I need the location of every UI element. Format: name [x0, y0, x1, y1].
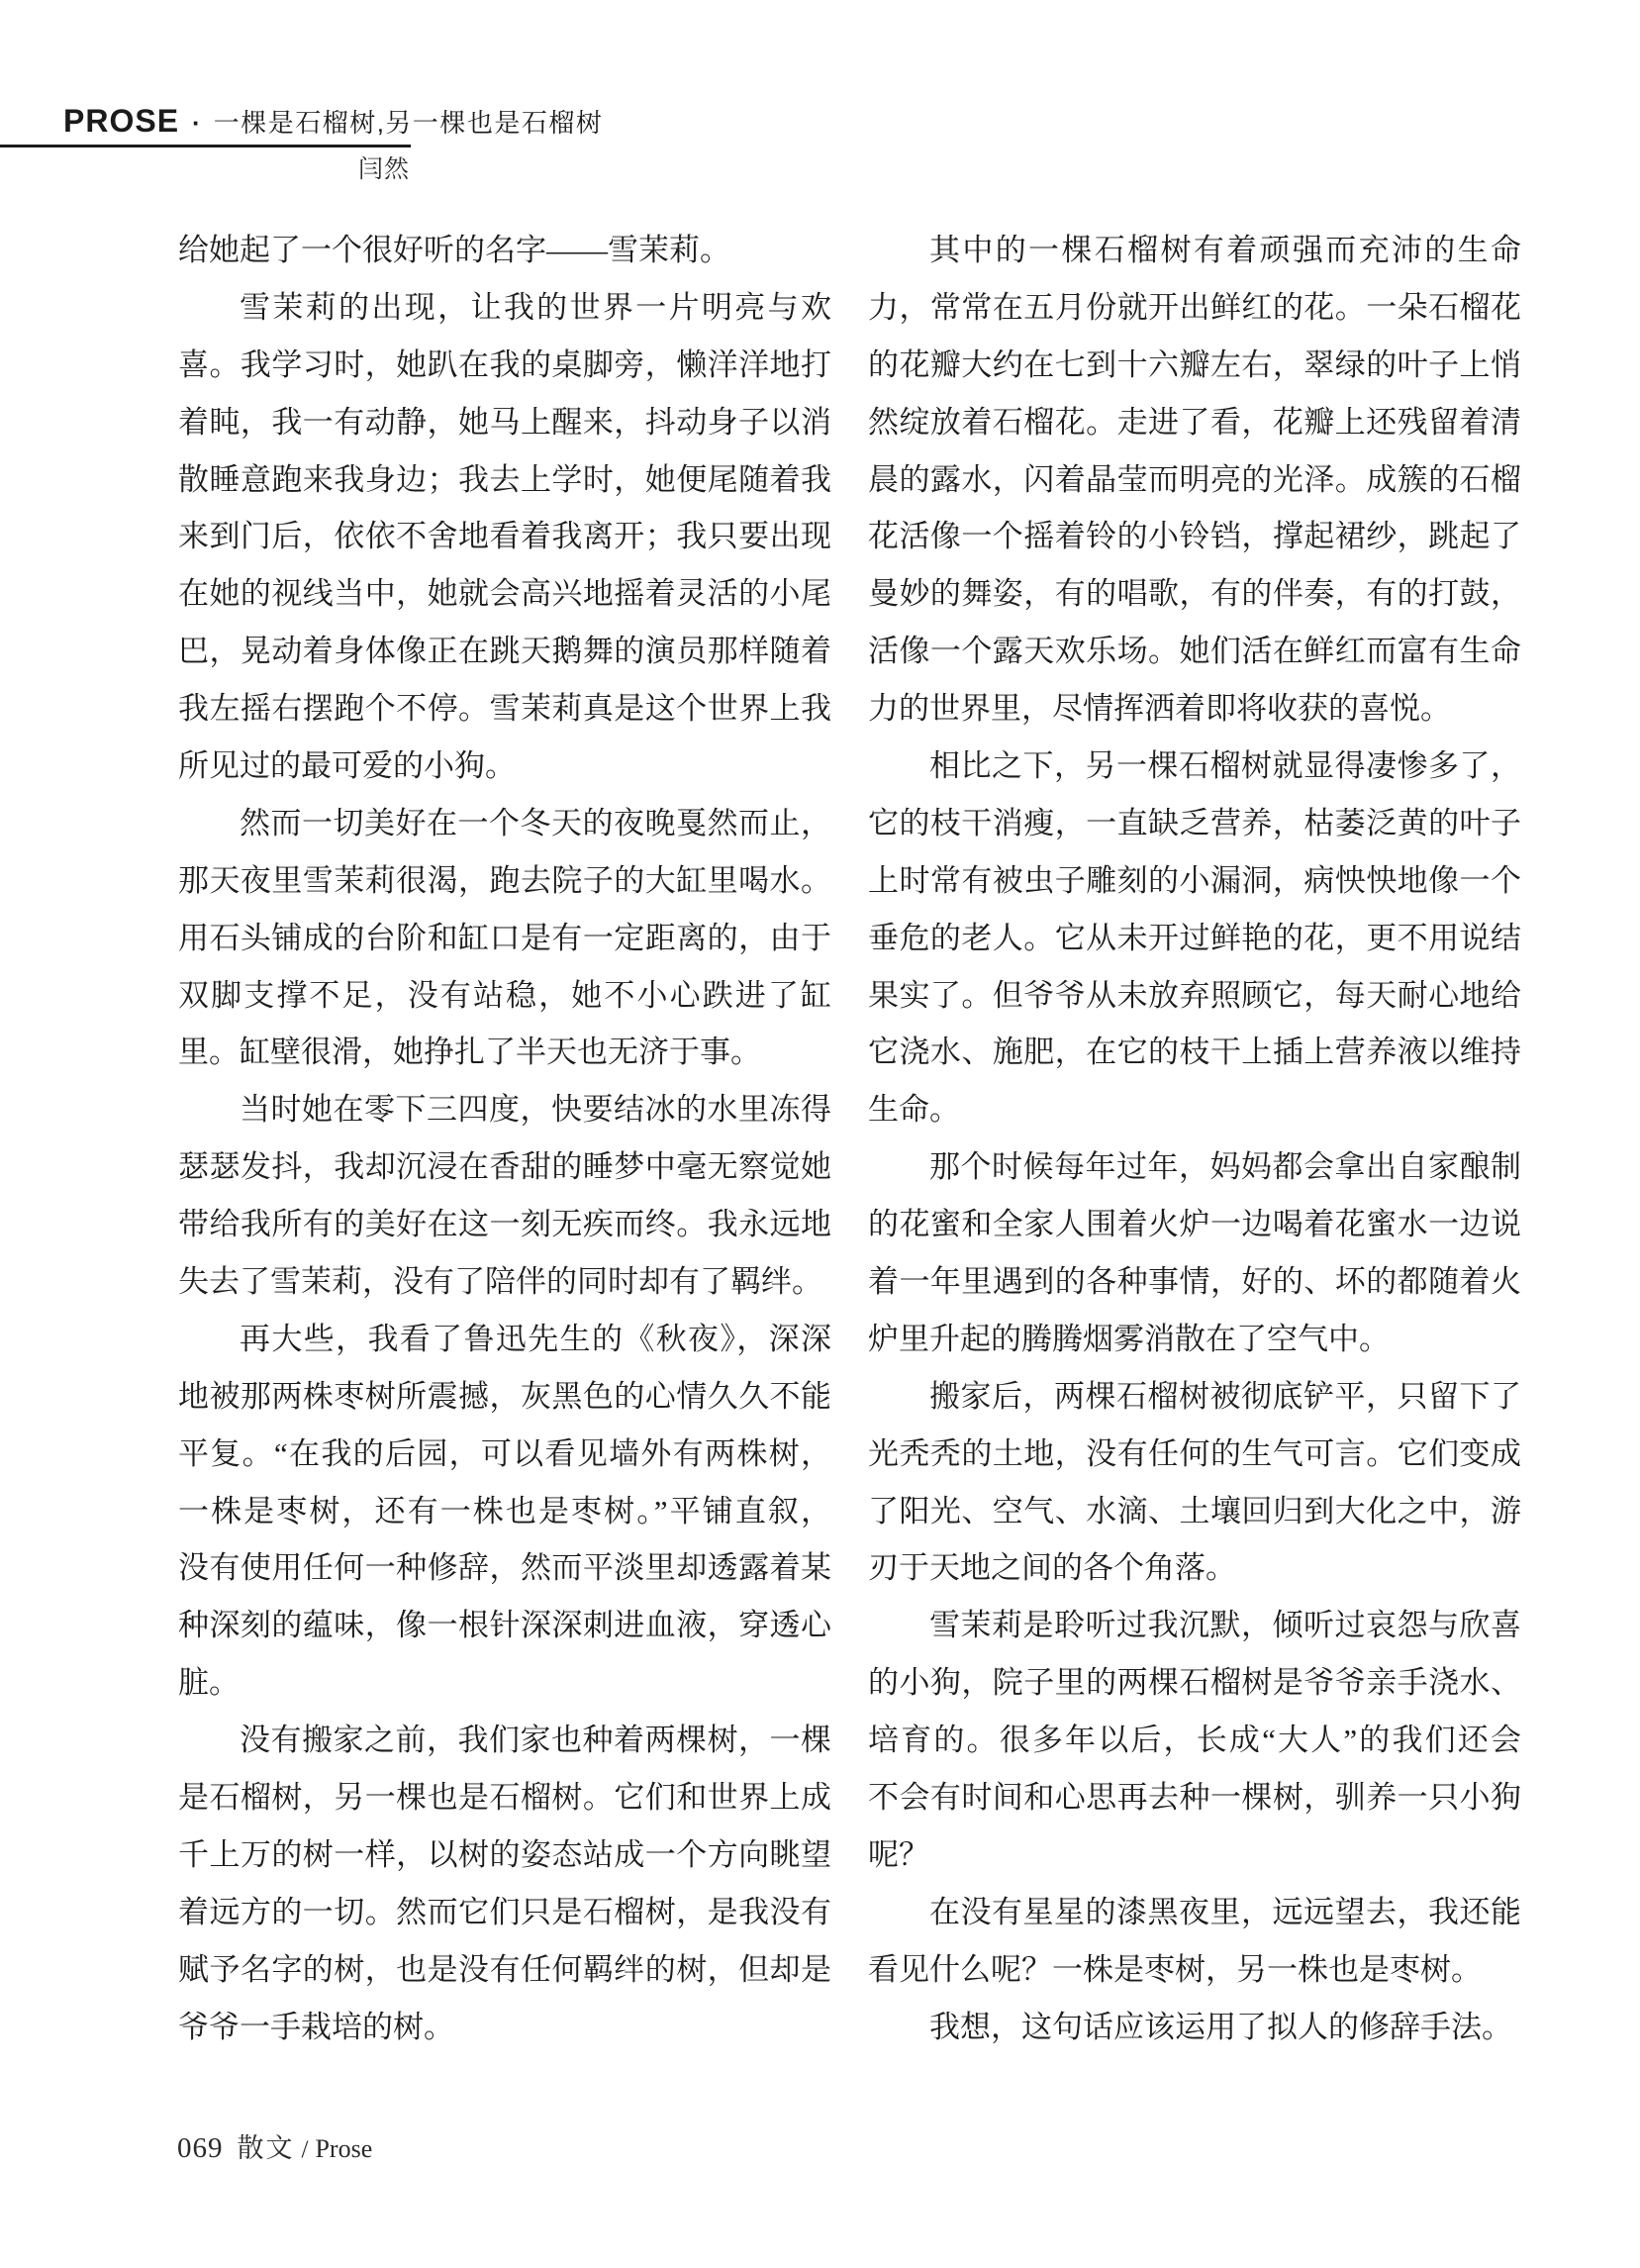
text-line: 它浇水、施肥，在它的枝干上插上营养液以维持 [868, 1024, 1521, 1081]
text-line: 不会有时间和心思再去种一棵树，驯养一只小狗 [868, 1769, 1521, 1826]
text-line: 没有使用任何一种修辞，然而平淡里却透露着某 [178, 1539, 831, 1597]
text-line: 垂危的老人。它从未开过鲜艳的花，更不用说结 [868, 910, 1521, 967]
text-line: 在没有星星的漆黑夜里，远远望去，我还能 [868, 1884, 1521, 1941]
text-line: 瑟瑟发抖，我却沉浸在香甜的睡梦中毫无察觉她 [178, 1138, 831, 1196]
header-rule [0, 145, 411, 148]
text-line: 它的枝干消瘦，一直缺乏营养，枯萎泛黄的叶子 [868, 795, 1521, 852]
text-line: 来到门后，依依不舍地看着我离开；我只要出现 [178, 508, 831, 565]
section-label-cn: 散文 [238, 2126, 295, 2165]
text-line: 种深刻的蕴味，像一根针深深刺进血液，穿透心 [178, 1597, 831, 1654]
text-line: 的花瓣大约在七到十六瓣左右，翠绿的叶子上悄 [868, 337, 1521, 394]
text-line: 是石榴树，另一棵也是石榴树。它们和世界上成 [178, 1769, 831, 1826]
text-line: 曼妙的舞姿，有的唱歌，有的伴奏，有的打鼓， [868, 565, 1521, 623]
text-line: 果实了。但爷爷从未放弃照顾它，每天耐心地给 [868, 967, 1521, 1025]
text-line: 双脚支撑不足，没有站稳，她不小心跌进了缸 [178, 967, 831, 1025]
text-line: 看见什么呢？一株是枣树，另一株也是枣树。 [868, 1941, 1521, 1999]
text-line: 呢？ [868, 1826, 1521, 1884]
text-line: 力的世界里，尽情挥洒着即将收获的喜悦。 [868, 680, 1521, 738]
text-line: 相比之下，另一棵石榴树就显得凄惨多了， [868, 738, 1521, 795]
text-line: 然而一切美好在一个冬天的夜晚戛然而止， [178, 795, 831, 852]
text-line: 着盹，我一有动静，她马上醒来，抖动身子以消 [178, 394, 831, 451]
text-line: 散睡意跑来我身边；我去上学时，她便尾随着我 [178, 451, 831, 509]
text-line: 刃于天地之间的各个角落。 [868, 1539, 1521, 1597]
footer-separator: / [302, 2136, 309, 2164]
text-line: 着远方的一切。然而它们只是石榴树，是我没有 [178, 1884, 831, 1941]
text-line: 脏。 [178, 1654, 831, 1712]
text-line: 雪茉莉是聆听过我沉默，倾听过哀怨与欣喜 [868, 1597, 1521, 1654]
text-line: 然绽放着石榴花。走进了看，花瓣上还残留着清 [868, 394, 1521, 451]
text-line: 所见过的最可爱的小狗。 [178, 738, 831, 795]
page-number: 069 [177, 2132, 224, 2165]
text-line: 没有搬家之前，我们家也种着两棵树，一棵 [178, 1712, 831, 1769]
text-line: 上时常有被虫子雕刻的小漏洞，病怏怏地像一个 [868, 852, 1521, 910]
section-kicker: PROSE [63, 103, 179, 140]
text-line: 那个时候每年过年，妈妈都会拿出自家酿制 [868, 1138, 1521, 1196]
text-line: 爷爷一手栽培的树。 [178, 1999, 831, 2056]
kicker-separator-dot: · [192, 108, 201, 139]
text-line: 我左摇右摆跑个不停。雪茉莉真是这个世界上我 [178, 680, 831, 738]
text-line: 花活像一个摇着铃的小铃铛，撑起裙纱，跳起了 [868, 508, 1521, 565]
article-title: 一棵是石榴树,另一棵也是石榴树 [214, 103, 604, 140]
text-line: 我想，这句话应该运用了拟人的修辞手法。 [868, 1999, 1521, 2056]
page-footer: 069 散文 / Prose [177, 2126, 372, 2165]
text-line: 晨的露水，闪着晶莹而明亮的光泽。成簇的石榴 [868, 451, 1521, 509]
text-line: 光秃秃的土地，没有任何的生气可言。它们变成 [868, 1426, 1521, 1483]
text-line: 里。缸壁很滑，她挣扎了半天也无济于事。 [178, 1024, 831, 1081]
text-line: 培育的。很多年以后，长成“大人”的我们还会 [868, 1712, 1521, 1769]
text-line: 带给我所有的美好在这一刻无疾而终。我永远地 [178, 1196, 831, 1253]
author-name: 闫然 [358, 149, 410, 185]
text-line: 着一年里遇到的各种事情，好的、坏的都随着火 [868, 1253, 1521, 1311]
text-line: 活像一个露天欢乐场。她们活在鲜红而富有生命 [868, 623, 1521, 680]
magazine-page: PROSE · 一棵是石榴树,另一棵也是石榴树 闫然 给她起了一个很好听的名字—… [0, 0, 1640, 2268]
text-line: 其中的一棵石榴树有着顽强而充沛的生命 [868, 222, 1521, 279]
text-line: 那天夜里雪茉莉很渴，跑去院子的大缸里喝水。 [178, 852, 831, 910]
text-line: 地被那两株枣树所震撼，灰黑色的心情久久不能 [178, 1368, 831, 1426]
text-line: 生命。 [868, 1081, 1521, 1138]
text-line: 失去了雪茉莉，没有了陪伴的同时却有了羁绊。 [178, 1253, 831, 1311]
text-line: 了阳光、空气、水滴、土壤回归到大化之中，游 [868, 1483, 1521, 1540]
text-line: 当时她在零下三四度，快要结冰的水里冻得 [178, 1081, 831, 1138]
text-line: 力，常常在五月份就开出鲜红的花。一朵石榴花 [868, 279, 1521, 337]
text-line: 搬家后，两棵石榴树被彻底铲平，只留下了 [868, 1368, 1521, 1426]
section-label-en: Prose [315, 2134, 372, 2164]
text-line: 平复。“在我的后园，可以看见墙外有两株树， [178, 1426, 831, 1483]
text-line: 炉里升起的腾腾烟雾消散在了空气中。 [868, 1311, 1521, 1368]
text-line: 千上万的树一样，以树的姿态站成一个方向眺望 [178, 1826, 831, 1884]
text-line: 喜。我学习时，她趴在我的桌脚旁，懒洋洋地打 [178, 337, 831, 394]
text-line: 用石头铺成的台阶和缸口是有一定距离的，由于 [178, 910, 831, 967]
text-line: 巴，晃动着身体像正在跳天鹅舞的演员那样随着 [178, 623, 831, 680]
text-line: 在她的视线当中，她就会高兴地摇着灵活的小尾 [178, 565, 831, 623]
text-line: 一株是枣树，还有一株也是枣树。”平铺直叙， [178, 1483, 831, 1540]
text-column-right: 其中的一棵石榴树有着顽强而充沛的生命力，常常在五月份就开出鲜红的花。一朵石榴花的… [868, 222, 1521, 2056]
text-column-left: 给她起了一个很好听的名字——雪茉莉。雪茉莉的出现，让我的世界一片明亮与欢喜。我学… [178, 222, 831, 2056]
text-line: 的花蜜和全家人围着火炉一边喝着花蜜水一边说 [868, 1196, 1521, 1253]
text-line: 再大些，我看了鲁迅先生的《秋夜》，深深 [178, 1311, 831, 1368]
text-line: 的小狗，院子里的两棵石榴树是爷爷亲手浇水、 [868, 1654, 1521, 1712]
header-kicker-row: PROSE · 一棵是石榴树,另一棵也是石榴树 [63, 103, 603, 140]
text-line: 赋予名字的树，也是没有任何羁绊的树，但却是 [178, 1941, 831, 1999]
text-line: 给她起了一个很好听的名字——雪茉莉。 [178, 222, 831, 279]
text-line: 雪茉莉的出现，让我的世界一片明亮与欢 [178, 279, 831, 337]
